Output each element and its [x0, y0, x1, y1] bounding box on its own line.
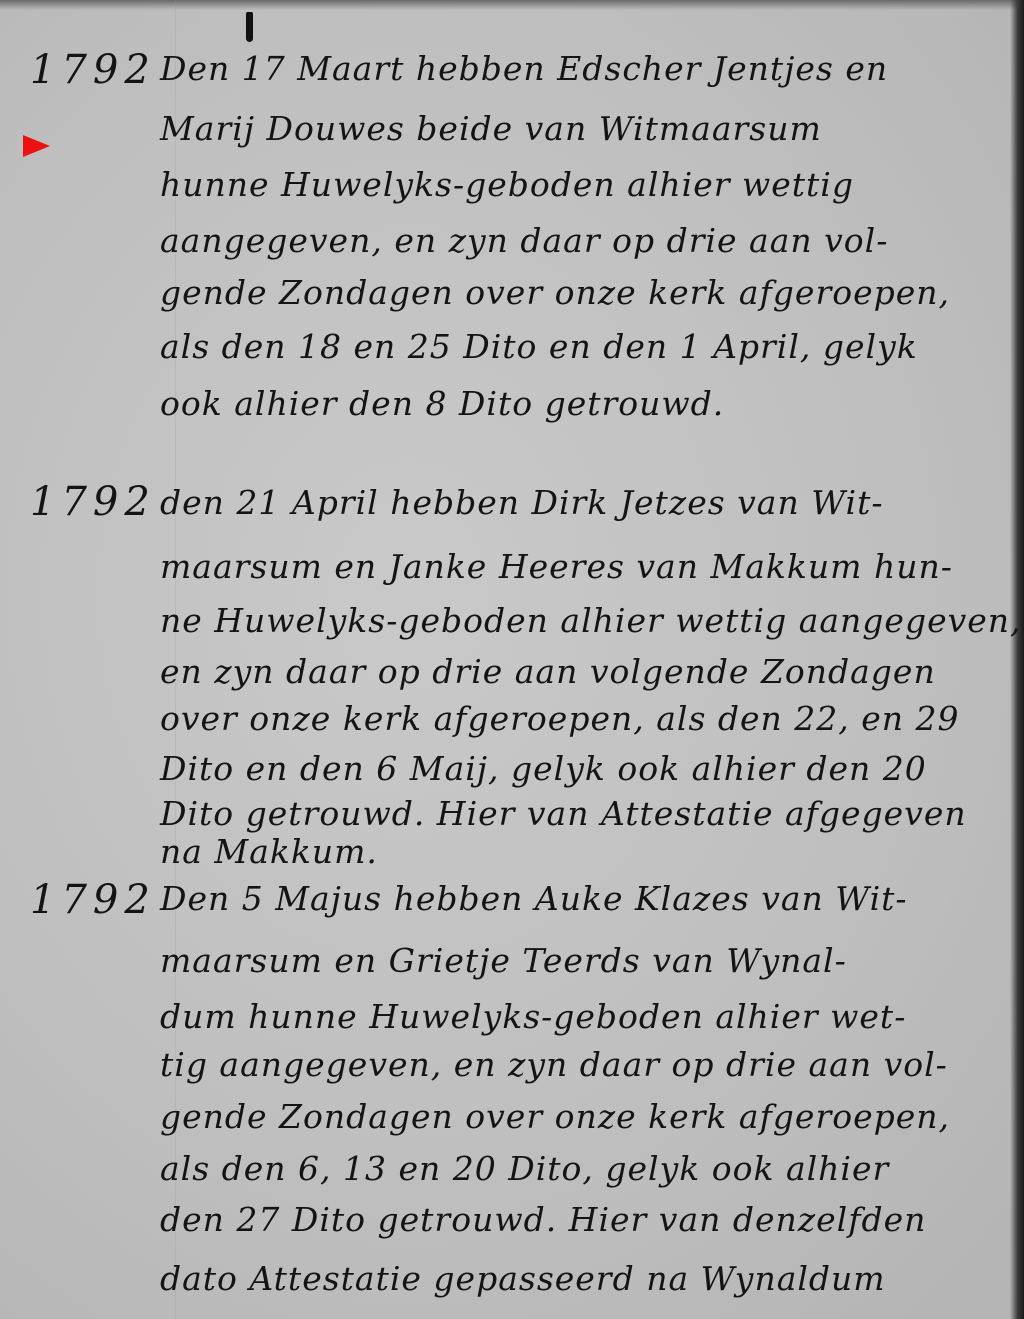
entry-3-line-8: dato Attestatie gepasseerd na Wynaldum	[160, 1262, 886, 1295]
entry-3-line-2: maarsum en Grietje Teerds van Wynal-	[160, 944, 847, 977]
entry-1-year: 1792	[30, 50, 156, 90]
entry-2-line-4: en zyn daar op drie aan volgende Zondage…	[160, 655, 936, 688]
entry-2-line-5: over onze kerk afgeroepen, als den 22, e…	[160, 702, 960, 735]
register-page: 1792 Den 17 Maart hebben Edscher Jentjes…	[0, 0, 1024, 1319]
entry-1-line-3: hunne Huwelyks-geboden alhier wettig	[160, 168, 854, 201]
entry-1-line-1: Den 17 Maart hebben Edscher Jentjes en	[160, 52, 888, 85]
entry-2-line-2: maarsum en Janke Heeres van Makkum hun-	[160, 550, 953, 583]
ink-blot	[246, 12, 253, 42]
entry-2-line-7: Dito getrouwd. Hier van Attestatie afgeg…	[160, 797, 967, 830]
entry-2-year: 1792	[30, 482, 156, 522]
entry-3-line-7: den 27 Dito getrouwd. Hier van denzelfde…	[160, 1203, 926, 1236]
entry-1-line-4: aangegeven, en zyn daar op drie aan vol-	[160, 224, 888, 257]
entry-3-year: 1792	[30, 880, 156, 920]
page-top-shadow	[0, 0, 1024, 10]
entry-2-line-3: ne Huwelyks-geboden alhier wettig aangeg…	[160, 604, 1022, 637]
page-binding-edge	[1010, 0, 1024, 1319]
entry-3-line-4: tig aangegeven, en zyn daar op drie aan …	[160, 1048, 948, 1081]
entry-1-line-6: als den 18 en 25 Dito en den 1 April, ge…	[160, 330, 918, 363]
entry-1-line-7: ook alhier den 8 Dito getrouwd.	[160, 387, 724, 420]
entry-3-line-5: gende Zondagen over onze kerk afgeroepen…	[160, 1100, 950, 1133]
entry-1-line-2: Marij Douwes beide van Witmaarsum	[160, 112, 822, 145]
entry-3-line-3: dum hunne Huwelyks-geboden alhier wet-	[160, 1000, 906, 1033]
entry-2-line-1: den 21 April hebben Dirk Jetzes van Wit-	[160, 486, 884, 519]
entry-3-line-6: als den 6, 13 en 20 Dito, gelyk ook alhi…	[160, 1152, 889, 1185]
entry-3-line-1: Den 5 Majus hebben Auke Klazes van Wit-	[160, 882, 908, 915]
entry-2-line-8: na Makkum.	[160, 835, 378, 868]
entry-2-line-6: Dito en den 6 Maij, gelyk ook alhier den…	[160, 752, 927, 785]
entry-1-line-5: gende Zondagen over onze kerk afgeroepen…	[160, 276, 950, 309]
red-pointer-marker-icon	[23, 135, 50, 157]
